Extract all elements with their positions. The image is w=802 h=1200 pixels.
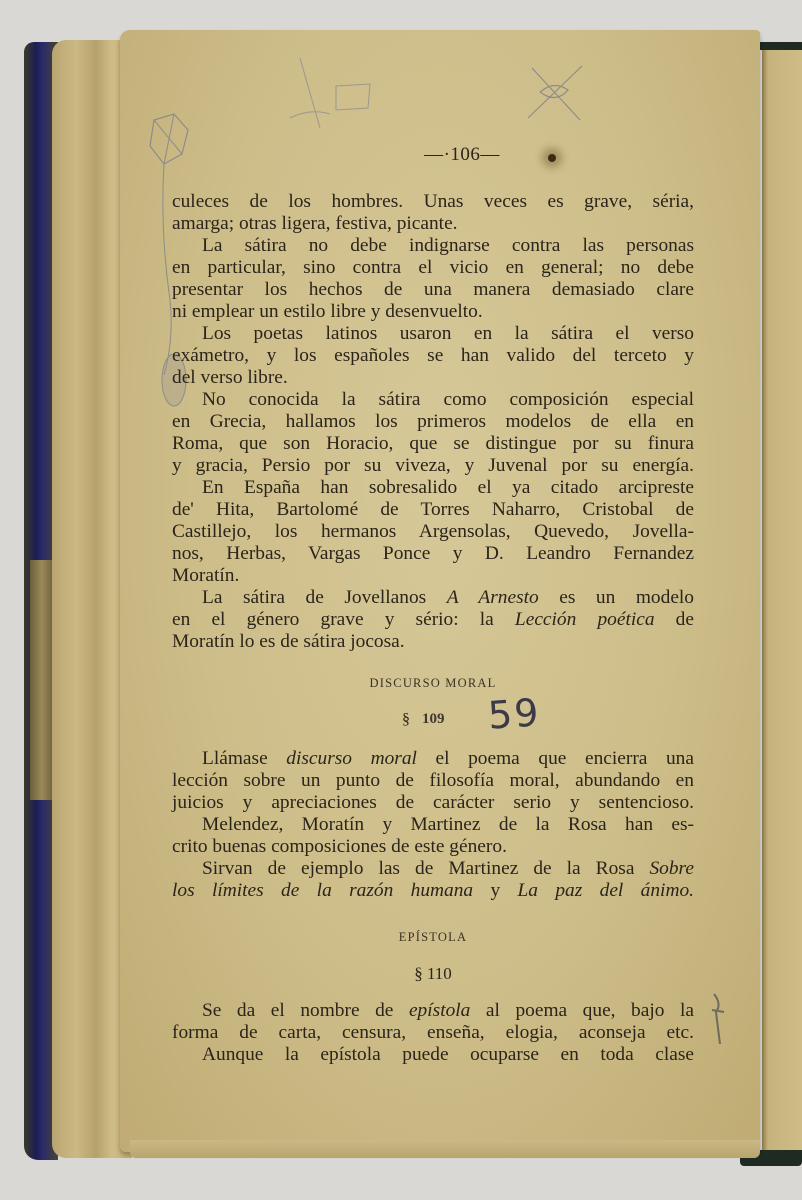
text-line: Sirvan de ejemplo las de Martinez de la …	[172, 858, 694, 880]
handwritten-section-number: 59	[487, 690, 542, 738]
text-line: exámetro, y los españoles se han valido …	[172, 345, 694, 367]
italic-title: los límites de la razón humana	[172, 880, 473, 901]
text-line: del verso libre.	[172, 367, 694, 389]
text-line: en Grecia, hallamos los primeros modelos…	[172, 411, 694, 433]
text-line: Castillejo, los hermanos Argensolas, Que…	[172, 521, 694, 543]
text-line: Los poetas latinos usaron en la sátira e…	[172, 323, 694, 345]
text-line: En España han sobresalido el ya citado a…	[172, 477, 694, 499]
text-span: de	[655, 609, 694, 630]
text-line: y gracia, Persio por su viveza, y Juvena…	[172, 455, 694, 477]
text-span: Se da el nombre de	[202, 1000, 409, 1021]
italic-title: A Arnesto	[447, 587, 539, 608]
spine-tear	[30, 560, 54, 800]
text-span: es un modelo	[539, 587, 694, 608]
text-line: La sátira de Jovellanos A Arnesto es un …	[172, 587, 694, 609]
text-line: amarga; otras ligera, festiva, picante.	[172, 213, 694, 235]
right-cover-top	[760, 42, 802, 50]
text-line: en el género grave y sério: la Lección p…	[172, 609, 694, 631]
pencil-star-sketch-icon	[520, 60, 590, 130]
text-line: lección sobre un punto de filosofía mora…	[172, 770, 694, 792]
text-line: Moratín.	[172, 565, 694, 587]
section-number: § 110	[172, 964, 694, 984]
italic-title: Lección poética	[515, 609, 655, 630]
italic-title: La paz del ánimo.	[518, 880, 694, 901]
text-line: La sátira no debe indignarse contra las …	[172, 235, 694, 257]
text-line: Melendez, Moratín y Martinez de la Rosa …	[172, 814, 694, 836]
text-span: Llámase	[202, 748, 286, 769]
text-line: culeces de los hombres. Unas veces es gr…	[172, 191, 694, 213]
italic-term: discurso moral	[286, 748, 417, 769]
text-span: el poema que encierra una	[417, 748, 694, 769]
text-span: y	[473, 880, 517, 901]
text-line: Aunque la epístola puede ocuparse en tod…	[172, 1044, 694, 1066]
pencil-figure-right-icon	[704, 990, 734, 1050]
struck-section-number: 109	[422, 711, 445, 728]
text-line: Llámase discurso moral el poema que enci…	[172, 748, 694, 770]
text-line: forma de carta, censura, enseña, elogia,…	[172, 1022, 694, 1044]
text-line: Roma, que son Horacio, que se distingue …	[172, 433, 694, 455]
text-span: La sátira de Jovellanos	[202, 587, 447, 608]
page-bottom-edge	[130, 1140, 760, 1158]
text-span: en el género grave y sério: la	[172, 609, 515, 630]
text-span: Sirvan de ejemplo las de Martinez de la …	[202, 858, 649, 879]
text-line: presentar los hechos de una manera demas…	[172, 279, 694, 301]
text-line: No conocida la sátira como composición e…	[172, 389, 694, 411]
text-span: al poema que, bajo la	[470, 1000, 694, 1021]
text-line: Se da el nombre de epístola al poema que…	[172, 1000, 694, 1022]
page-number: —·106—	[172, 144, 752, 166]
section-symbol: §	[402, 711, 410, 729]
pencil-figure-sketch-icon	[270, 48, 390, 138]
text-line: de' Hita, Bartolomé de Torres Naharro, C…	[172, 499, 694, 521]
text-line: crito buenas composiciones de este géner…	[172, 836, 694, 858]
italic-title: Sobre	[649, 858, 694, 879]
text-line: juicios y apreciaciones de carácter seri…	[172, 792, 694, 814]
text-line: nos, Herbas, Vargas Ponce y D. Leandro F…	[172, 543, 694, 565]
text-line: los límites de la razón humana y La paz …	[172, 880, 694, 902]
text-line: en particular, sino contra el vicio en g…	[172, 257, 694, 279]
text-line: ni emplear un estilo libre y desenvuelto…	[172, 301, 694, 323]
right-page-edge	[762, 48, 802, 1156]
section-heading-discurso-moral: DISCURSO MORAL	[172, 676, 694, 691]
text-line: Moratín lo es de sátira jocosa.	[172, 631, 694, 653]
section-heading-epistola: EPÍSTOLA	[172, 930, 694, 945]
italic-term: epístola	[409, 1000, 470, 1021]
